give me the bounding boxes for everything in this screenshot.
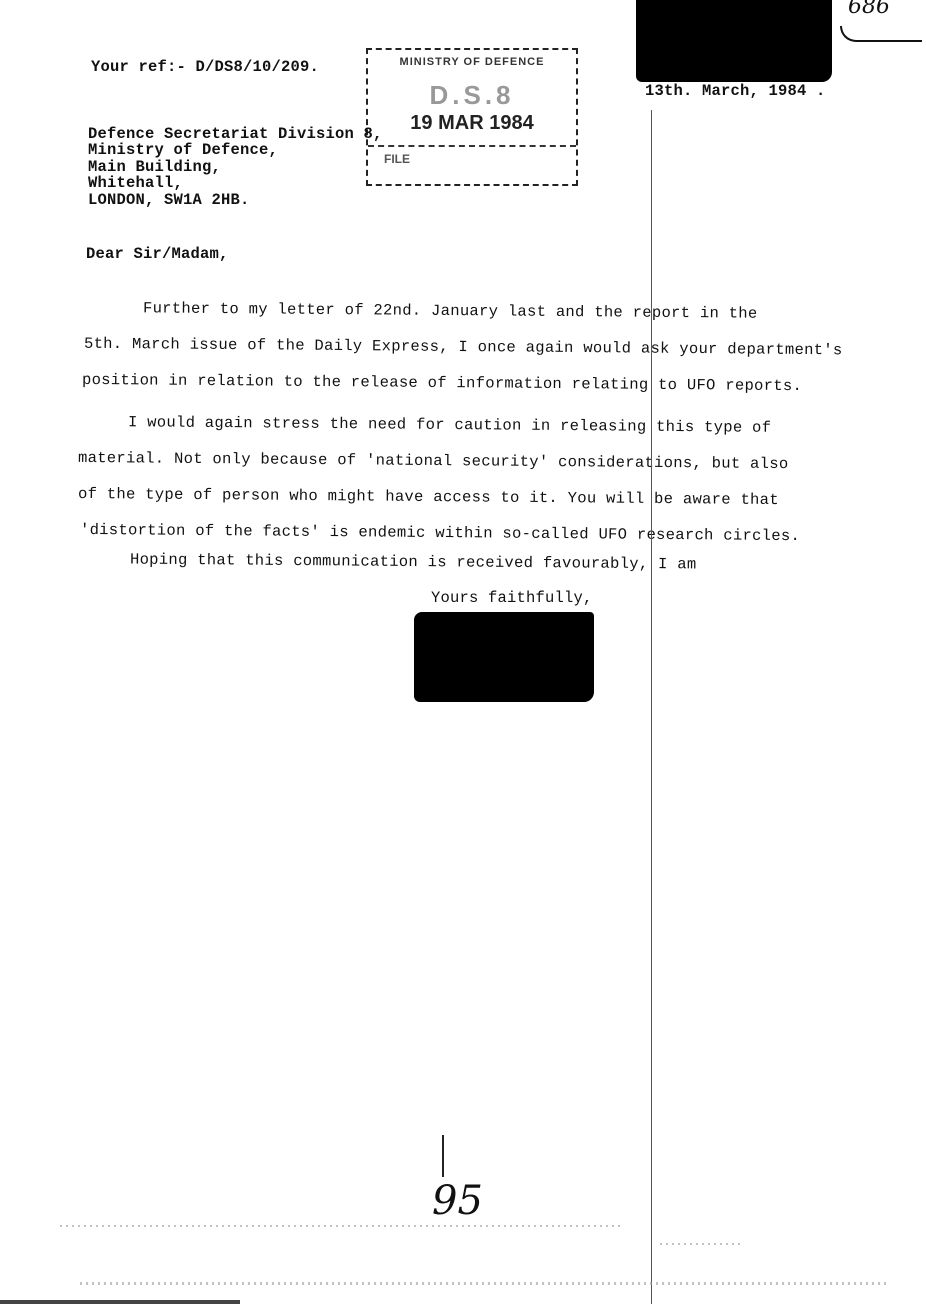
stamp-file-label: FILE xyxy=(384,152,410,166)
salutation: Dear Sir/Madam, xyxy=(86,245,229,263)
stamp-date: 19 MAR 1984 xyxy=(368,112,576,135)
folio-tick xyxy=(442,1135,444,1177)
recipient-line: Ministry of Defence, xyxy=(88,141,278,159)
scan-noise xyxy=(80,1282,890,1285)
body-line: Hoping that this communication is receiv… xyxy=(130,551,697,574)
page-annotation: 686 xyxy=(848,0,890,19)
body-line: Further to my letter of 22nd. January la… xyxy=(143,299,758,322)
recipient-line: Whitehall, xyxy=(88,174,183,192)
scan-fold-line xyxy=(651,110,652,1304)
stamp-title: MINISTRY OF DEFENCE xyxy=(368,56,576,68)
stamp-divider xyxy=(368,145,576,147)
received-stamp: MINISTRY OF DEFENCE D.S.8 19 MAR 1984 FI… xyxy=(366,48,578,186)
reference-line: Your ref:- D/DS8/10/209. xyxy=(91,58,319,76)
folio-number: 95 xyxy=(432,1178,483,1224)
body-line: 'distortion of the facts' is endemic wit… xyxy=(80,521,800,545)
body-line: of the type of person who might have acc… xyxy=(78,485,779,509)
scan-noise xyxy=(660,1243,740,1245)
stamp-code: D.S.8 xyxy=(368,80,576,111)
scan-edge xyxy=(0,1300,240,1304)
body-line: position in relation to the release of i… xyxy=(82,371,802,395)
redacted-sender-address xyxy=(636,0,832,82)
body-line: 5th. March issue of the Daily Express, I… xyxy=(84,335,843,360)
body-line: material. Not only because of 'national … xyxy=(78,449,789,473)
body-line: I would again stress the need for cautio… xyxy=(128,413,771,437)
redacted-signature xyxy=(414,612,594,702)
closing: Yours faithfully, xyxy=(431,589,593,607)
recipient-line: LONDON, SW1A 2HB. xyxy=(88,191,250,209)
page-annotation-underline xyxy=(840,26,922,42)
scan-noise xyxy=(60,1225,620,1227)
letter-date: 13th. March, 1984 . xyxy=(645,82,826,100)
